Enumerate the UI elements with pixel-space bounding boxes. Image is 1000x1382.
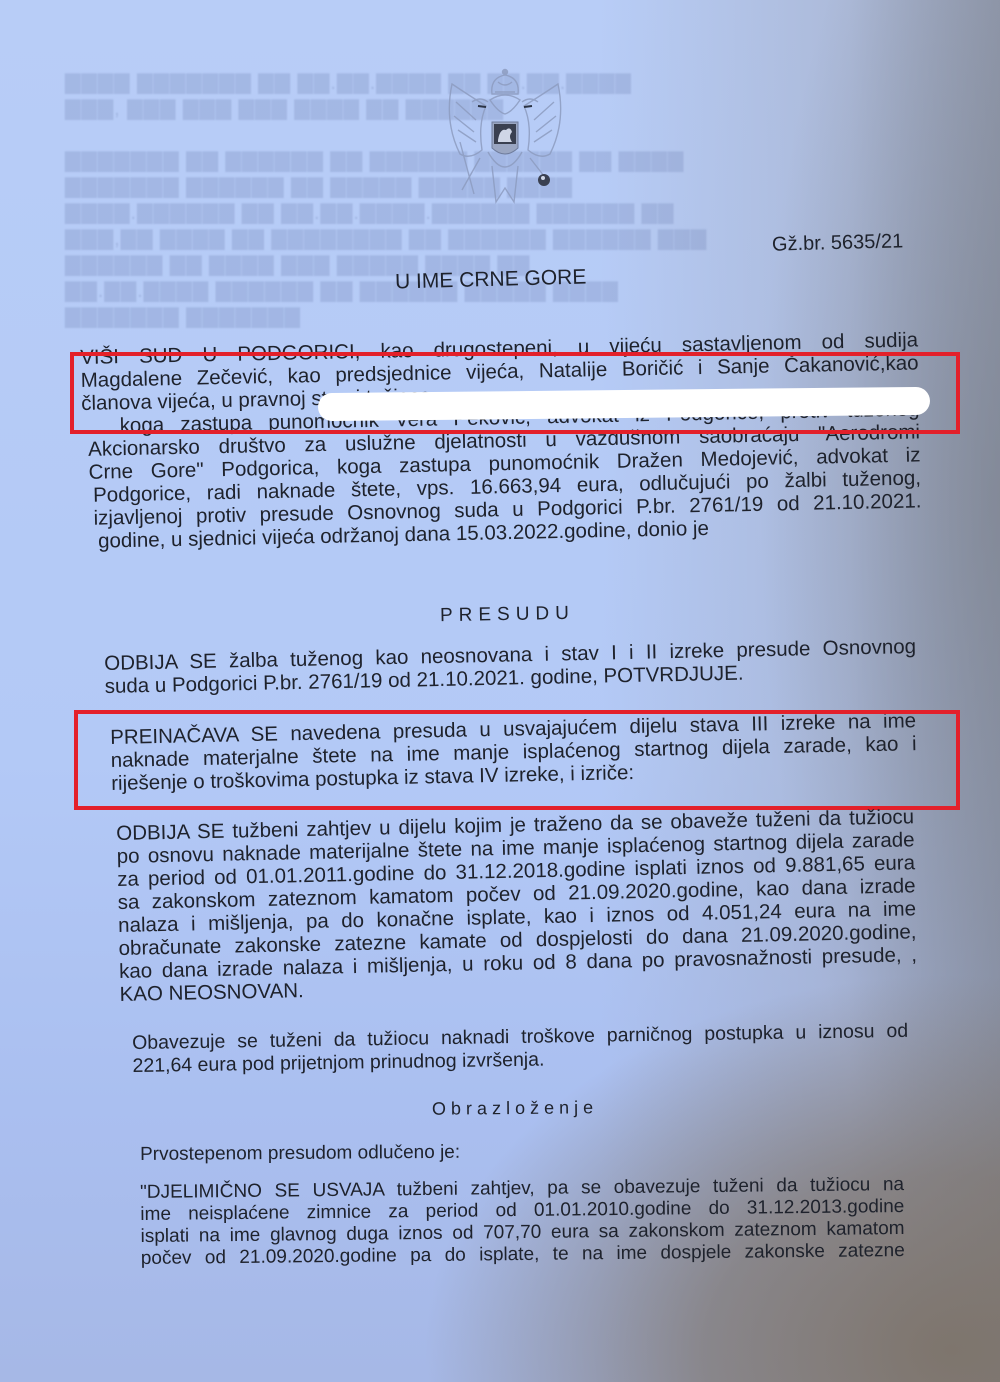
document-title: U IME CRNE GORE <box>395 265 587 294</box>
first-instance-intro: Prvostepenom presudom odlučeno je: <box>140 1141 460 1166</box>
costs-paragraph: Obavezuje se tuženi da tužiocu naknadi t… <box>132 1020 909 1078</box>
bleed-through-text: ▇▇▇▇.▇▇▇▇▇▇ ▇▇ ▇▇.▇▇.▇▇▇▇.▇▇▇▇▇▇ ▇▇▇▇▇▇ … <box>65 200 674 225</box>
paragraph-line: Prvostepenom presudom odlučeno je: <box>140 1141 460 1166</box>
appeal-dismissed-paragraph: ODBIJA SE žalba tuženog kao neosnovana i… <box>104 635 917 698</box>
claim-dismissed-paragraph: ODBIJA SE tužbeni zahtjev u dijelu kojim… <box>116 805 918 1006</box>
bleed-through-text: ▇▇▇▇▇▇▇ ▇▇▇▇▇▇▇ <box>65 304 301 329</box>
court-document-page: ▇▇▇▇ ▇▇▇▇▇▇▇ ▇▇ ▇▇.▇▇.▇▇▇▇ ▇▇ ▇▇.▇▇.▇▇▇▇… <box>0 0 1000 1382</box>
bleed-through-text: ▇▇▇,▇▇ ▇▇▇▇ ▇▇ ▇▇▇▇▇▇▇▇ ▇▇ ▇▇▇▇▇▇ ▇▇▇▇▇▇… <box>65 226 707 251</box>
bleed-through-text: ▇▇▇, ▇▇▇ ▇▇▇ ▇▇▇ ▇▇▇▇ ▇▇ ▇▇▇▇▇▇ <box>65 96 504 121</box>
case-number: Gž.br. 5635/21 <box>772 230 904 256</box>
verdict-heading: PRESUDU <box>440 603 575 627</box>
first-instance-quote: "DJELIMIČNO SE USVAJA tužbeni zahtjev, p… <box>140 1174 905 1270</box>
highlight-box-modification <box>74 710 960 810</box>
montenegro-coat-of-arms-icon <box>440 62 570 212</box>
bleed-through-text: ▇▇▇▇▇▇▇ ▇▇ ▇▇▇▇▇▇ ▇▇ ▇▇▇▇▇▇ ▇▇▇▇▇▇ ▇▇ ▇▇… <box>65 148 684 173</box>
reasoning-heading: Obrazloženje <box>432 1097 598 1119</box>
highlight-box-panel <box>70 352 960 434</box>
